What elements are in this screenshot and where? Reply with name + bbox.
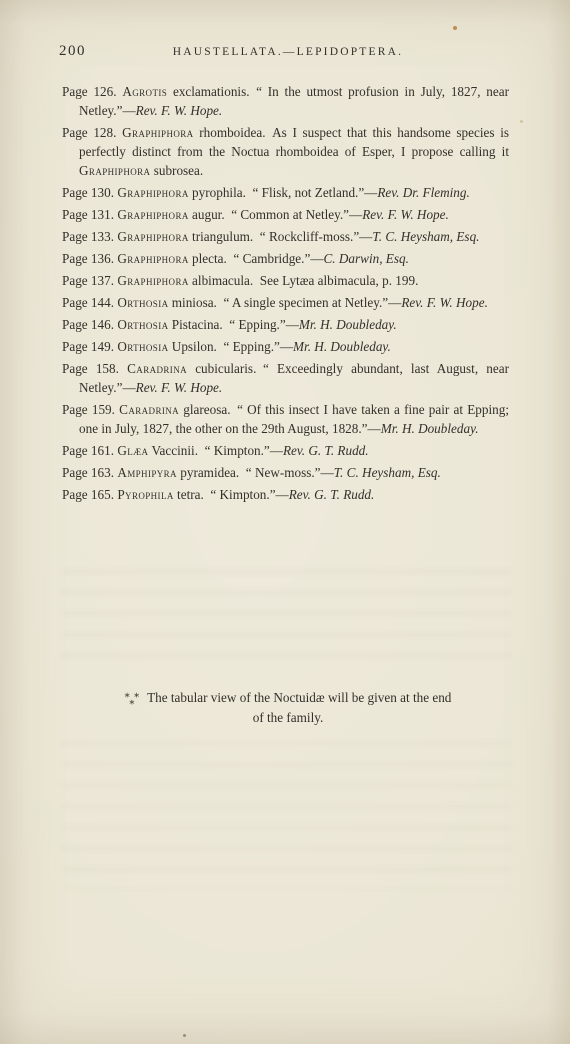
text-run: Caradrina	[127, 361, 187, 376]
text-run: T. C. Heysham, Esq.	[372, 229, 479, 244]
text-run: Page 128.	[62, 125, 122, 140]
asterism-icon: ⁎ ⁎⁎	[125, 691, 141, 705]
footnote-line2: of the family.	[253, 710, 324, 725]
text-run: Pyrophila	[117, 487, 173, 502]
text-run: Page 126.	[62, 84, 122, 99]
text-run: subrosea.	[150, 163, 203, 178]
text-run: Page 146.	[62, 317, 117, 332]
catalogue-entry: Page 159. Caradrina glareosa. “ Of this …	[62, 400, 509, 438]
text-run: Rev. Dr. Fleming.	[377, 185, 469, 200]
text-run: Graphiphora	[117, 185, 188, 200]
text-run: Page 137.	[62, 273, 117, 288]
text-run: albimacula. See Lytæa albimacula, p. 199…	[189, 273, 419, 288]
catalogue-entry: Page 137. Graphiphora albimacula. See Ly…	[62, 271, 509, 290]
text-run: Orthosia	[117, 317, 168, 332]
text-run: Orthosia	[117, 295, 168, 310]
text-run: Graphiphora	[117, 251, 188, 266]
text-run: Graphiphora	[117, 273, 188, 288]
catalogue-entry: Page 130. Graphiphora pyrophila. “ Flisk…	[62, 183, 509, 202]
text-run: Vaccinii. “ Kimpton.”—	[148, 443, 283, 458]
running-header: HAUSTELLATA.—LEPIDOPTERA.	[62, 46, 514, 58]
text-run: Rev. F. W. Hope.	[136, 103, 223, 118]
text-run: Page 165.	[62, 487, 117, 502]
text-run: Page 159.	[62, 402, 119, 417]
text-run: miniosa. “ A single specimen at Netley.”…	[169, 295, 402, 310]
text-run: Pistacina. “ Epping.”—	[169, 317, 299, 332]
catalogue-entry: Page 146. Orthosia Pistacina. “ Epping.”…	[62, 315, 509, 334]
text-run: Graphiphora	[117, 207, 188, 222]
catalogue-entry: Page 133. Graphiphora triangulum. “ Rock…	[62, 227, 509, 246]
text-run: Page 144.	[62, 295, 117, 310]
footnote: ⁎ ⁎⁎The tabular view of the Noctuidæ wil…	[62, 688, 514, 728]
catalogue-entry: Page 144. Orthosia miniosa. “ A single s…	[62, 293, 509, 312]
text-run: Graphiphora	[79, 163, 150, 178]
text-run: Rev. F. W. Hope.	[401, 295, 488, 310]
text-run: Page 136.	[62, 251, 117, 266]
text-run: Rev. F. W. Hope.	[136, 380, 223, 395]
footnote-line1: The tabular view of the Noctuidæ will be…	[147, 690, 451, 705]
foxing-spot	[453, 26, 457, 30]
catalogue-entry: Page 149. Orthosia Upsilon. “ Epping.”—M…	[62, 337, 509, 356]
catalogue-entry: Page 126. Agrotis exclamationis. “ In th…	[62, 82, 509, 120]
text-run: tetra. “ Kimpton.”—	[174, 487, 289, 502]
text-run: Orthosia	[117, 339, 168, 354]
text-run: Amphipyra	[117, 465, 177, 480]
foxing-spot	[520, 120, 523, 123]
text-run: Page 161.	[62, 443, 117, 458]
catalogue-entry: Page 158. Caradrina cubicularis. “ Excee…	[62, 359, 509, 397]
text-run: Caradrina	[119, 402, 179, 417]
text-run: augur. “ Common at Netley.”—	[189, 207, 362, 222]
text-run: Graphiphora	[117, 229, 188, 244]
text-run: Rev. G. T. Rudd.	[283, 443, 369, 458]
book-page: 200 HAUSTELLATA.—LEPIDOPTERA. Page 126. …	[0, 0, 570, 1044]
catalogue-entry: Page 165. Pyrophila tetra. “ Kimpton.”—R…	[62, 485, 509, 504]
text-run: Rev. F. W. Hope.	[362, 207, 449, 222]
text-run: Glæa	[117, 443, 148, 458]
text-run: Upsilon. “ Epping.”—	[169, 339, 294, 354]
text-run: Page 131.	[62, 207, 117, 222]
text-run: Page 163.	[62, 465, 117, 480]
entries-list: Page 126. Agrotis exclamationis. “ In th…	[62, 82, 509, 507]
text-run: triangulum. “ Rockcliff-moss.”—	[189, 229, 373, 244]
catalogue-entry: Page 136. Graphiphora plecta. “ Cambridg…	[62, 249, 509, 268]
catalogue-entry: Page 161. Glæa Vaccinii. “ Kimpton.”—Rev…	[62, 441, 509, 460]
text-run: Mr. H. Doubleday.	[381, 421, 479, 436]
verso-show-through	[60, 568, 512, 664]
text-run: Page 158.	[62, 361, 127, 376]
verso-show-through	[60, 740, 512, 890]
catalogue-entry: Page 163. Amphipyra pyramidea. “ New-mos…	[62, 463, 509, 482]
text-run: Mr. H. Doubleday.	[293, 339, 391, 354]
catalogue-entry: Page 131. Graphiphora augur. “ Common at…	[62, 205, 509, 224]
text-run: C. Darwin, Esq.	[324, 251, 409, 266]
text-run: Agrotis	[122, 84, 167, 99]
text-run: T. C. Heysham, Esq.	[334, 465, 441, 480]
text-run: Graphiphora	[122, 125, 193, 140]
foxing-spot	[183, 1034, 186, 1037]
catalogue-entry: Page 128. Graphiphora rhomboidea. As I s…	[62, 123, 509, 180]
text-run: Page 130.	[62, 185, 117, 200]
text-run: Mr. H. Doubleday.	[299, 317, 397, 332]
text-run: Page 149.	[62, 339, 117, 354]
text-run: pyrophila. “ Flisk, not Zetland.”—	[189, 185, 378, 200]
text-run: Page 133.	[62, 229, 117, 244]
text-run: plecta. “ Cambridge.”—	[189, 251, 324, 266]
text-run: pyramidea. “ New-moss.”—	[177, 465, 334, 480]
text-run: Rev. G. T. Rudd.	[289, 487, 375, 502]
